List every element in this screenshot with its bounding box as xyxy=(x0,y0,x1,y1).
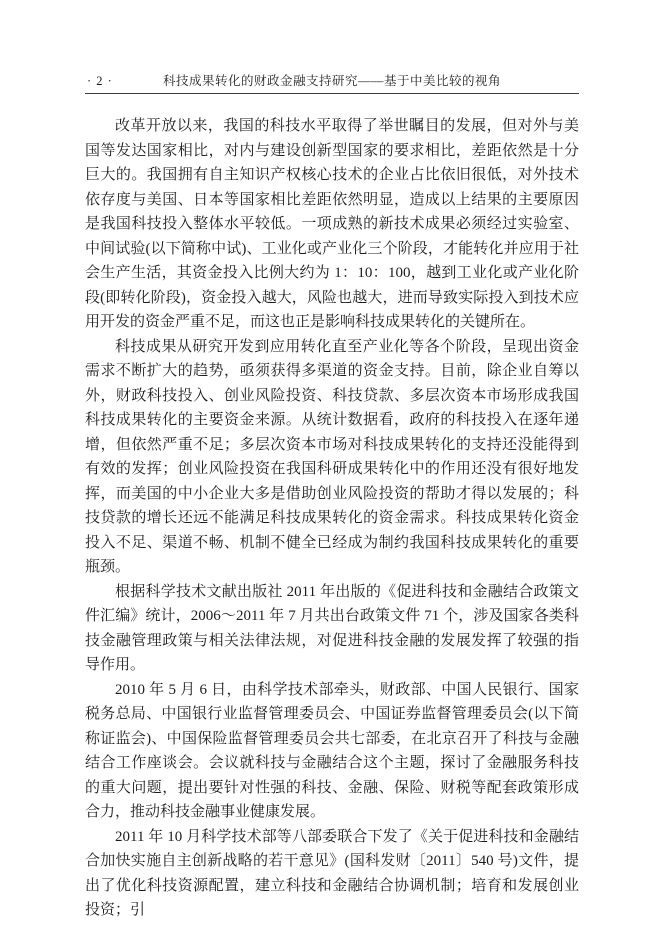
page-body: 改革开放以来，我国的科技水平取得了举世瞩目的发展，但对外与美国等发达国家相比，对… xyxy=(85,114,579,923)
body-paragraph-1: 改革开放以来，我国的科技水平取得了举世瞩目的发展，但对外与美国等发达国家相比，对… xyxy=(85,114,579,335)
page-header: · 2 · 科技成果转化的财政金融支持研究——基于中美比较的视角 xyxy=(85,70,579,93)
book-page: · 2 · 科技成果转化的财政金融支持研究——基于中美比较的视角 改革开放以来，… xyxy=(0,0,661,925)
running-title: 科技成果转化的财政金融支持研究——基于中美比较的视角 xyxy=(85,70,579,93)
body-paragraph-4: 2010 年 5 月 6 日，由科学技术部牵头，财政部、中国人民银行、国家税务总… xyxy=(85,678,579,825)
body-paragraph-2: 科技成果从研究开发到应用转化直至产业化等各个阶段，呈现出资金需求不断扩大的趋势，… xyxy=(85,335,579,580)
body-paragraph-3: 根据科学技术文献出版社 2011 年出版的《促进科技和金融结合政策文件汇编》统计… xyxy=(85,580,579,678)
body-paragraph-5: 2011 年 10 月科学技术部等八部委联合下发了《关于促进科技和金融结合加快实… xyxy=(85,825,579,923)
header-rule xyxy=(85,93,579,94)
page-number: · 2 · xyxy=(87,70,113,93)
